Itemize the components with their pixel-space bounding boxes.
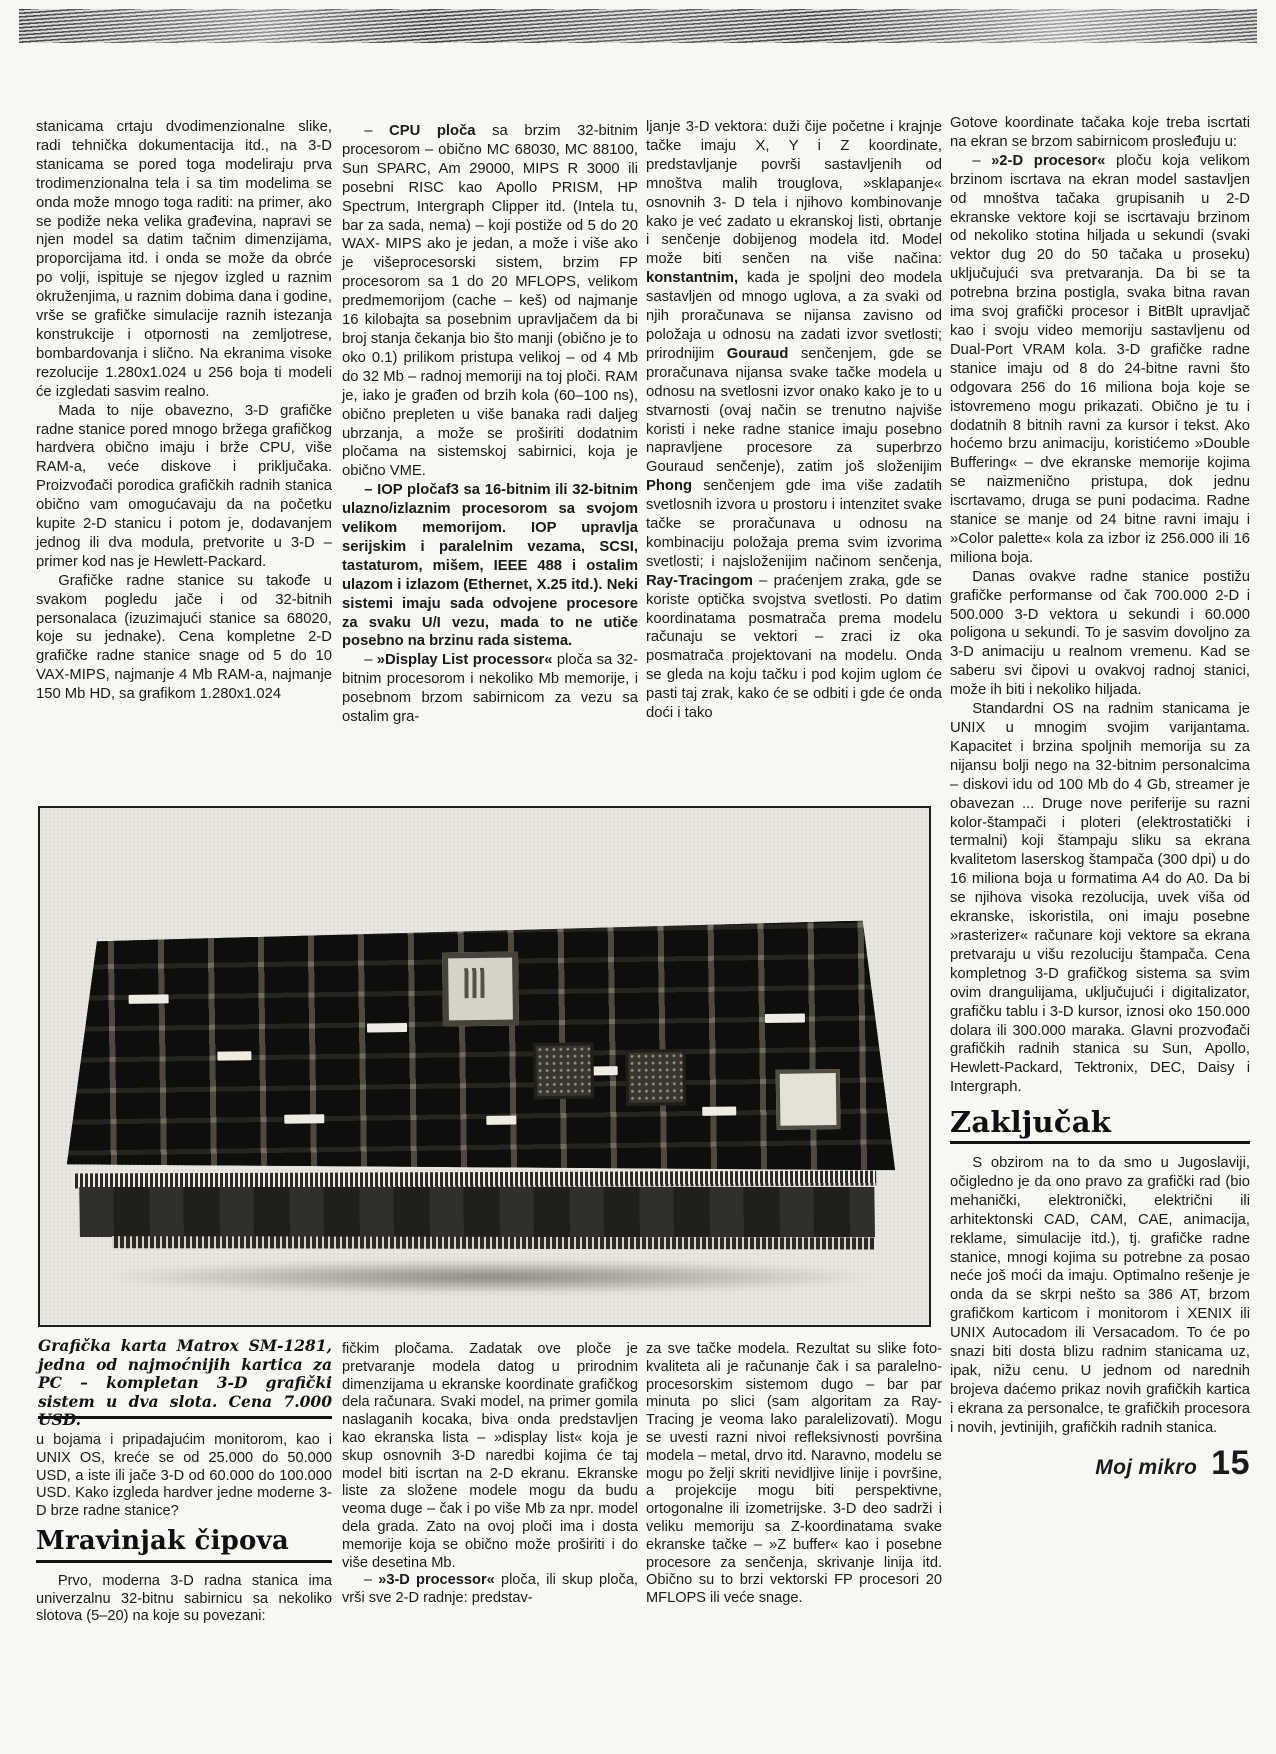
cpu-chip: [442, 951, 519, 1026]
col4-paragraph-conclusion: S obzirom na to da smo u Jugoslaviji, oč…: [950, 1154, 1250, 1438]
chip-label: [217, 1051, 251, 1060]
pga-chip: [625, 1049, 686, 1106]
caption-rule: [38, 1416, 332, 1419]
chip-label: [129, 994, 169, 1004]
col1-paragraph-3: Grafičke radne stanice su takođe u svako…: [36, 572, 332, 704]
column-2-bottom: fičkim pločama. Zadatak ove ploče je pre…: [342, 1341, 638, 1608]
col4-paragraph-os-peripherals: Standardni OS na radnim stanicama je UNI…: [950, 700, 1250, 1097]
col1b-paragraph-prices: u bojama i pripadajućim monitorom, kao i…: [36, 1432, 332, 1521]
col1-paragraph-1: stanicama crtaju dvodimenzionalne slike,…: [36, 118, 332, 402]
col1-paragraph-2: Mada to nije obavezno, 3-D grafičke radn…: [36, 402, 332, 572]
col2-paragraph-iop: – IOP pločaf3 sa 16-bitnim ili 32-bitnim…: [342, 481, 638, 651]
chip-label: [367, 1023, 407, 1033]
page-footer: Moj mikro 15: [950, 1454, 1250, 1478]
board-pin-row-lower: [112, 1236, 874, 1249]
column-1-bottom: u bojama i pripadajućim monitorom, kao i…: [36, 1432, 332, 1626]
second-board-edge: [79, 1187, 875, 1237]
conclusion-heading: Zaključak: [950, 1113, 1250, 1132]
decorative-header-band: [19, 9, 1257, 43]
chip-label: [702, 1106, 736, 1115]
column-4: Gotove koordinate tačaka koje treba iscr…: [950, 114, 1250, 1478]
col2-paragraph-cpu: – CPU ploča sa brzim 32-bitnim procesoro…: [342, 122, 638, 481]
mravinjak-heading-rule: [36, 1560, 332, 1563]
column-3-top: ljanje 3-D vektora: duži čije početne i …: [646, 118, 942, 723]
board-pin-row: [73, 1171, 876, 1189]
column-1-top: stanicama crtaju dvodimenzionalne slike,…: [36, 118, 332, 704]
chip-label: [486, 1115, 516, 1124]
col3-paragraph-shading: ljanje 3-D vektora: duži čije početne i …: [646, 118, 942, 723]
col2-paragraph-display-list: – »Display List processor« ploča sa 32-b…: [342, 651, 638, 727]
col2b-paragraph-3d-processor: – »3-D processor« ploča, ili skup ploča,…: [342, 1572, 638, 1608]
magazine-page: stanicama crtaju dvodimenzionalne slike,…: [0, 0, 1276, 1754]
ceramic-chip: [776, 1069, 841, 1130]
col3b-paragraph-raytracing: za sve tačke modela. Rezultat su slike f…: [646, 1341, 942, 1608]
mravinjak-heading: Mravinjak čipova: [36, 1533, 332, 1551]
chip-label: [765, 1013, 805, 1023]
board-shadow: [100, 1260, 880, 1294]
board-chip-array: [64, 920, 895, 1182]
graphics-card-photo: [38, 806, 931, 1327]
magazine-name: Moj mikro: [1095, 1459, 1197, 1478]
conclusion-heading-rule: [950, 1141, 1250, 1144]
col1b-paragraph-bus: Prvo, moderna 3-D radna stanica ima univ…: [36, 1573, 332, 1626]
col4-paragraph-1: Gotove koordinate tačaka koje treba iscr…: [950, 114, 1250, 152]
page-number: 15: [1211, 1454, 1250, 1473]
column-3-bottom: za sve tačke modela. Rezultat su slike f…: [646, 1341, 942, 1608]
pga-chip: [533, 1042, 594, 1099]
col4-paragraph-performance: Danas ovakve radne stanice postižu grafi…: [950, 568, 1250, 700]
column-2-top: – CPU ploča sa brzim 32-bitnim procesoro…: [342, 122, 638, 727]
col4-paragraph-2d-processor: – »2-D procesor« ploču koja velikom brzi…: [950, 152, 1250, 568]
circuit-board-illustration: [64, 920, 897, 1272]
col2b-paragraph-display-list: fičkim pločama. Zadatak ove ploče je pre…: [342, 1341, 638, 1572]
chip-label: [284, 1114, 324, 1124]
